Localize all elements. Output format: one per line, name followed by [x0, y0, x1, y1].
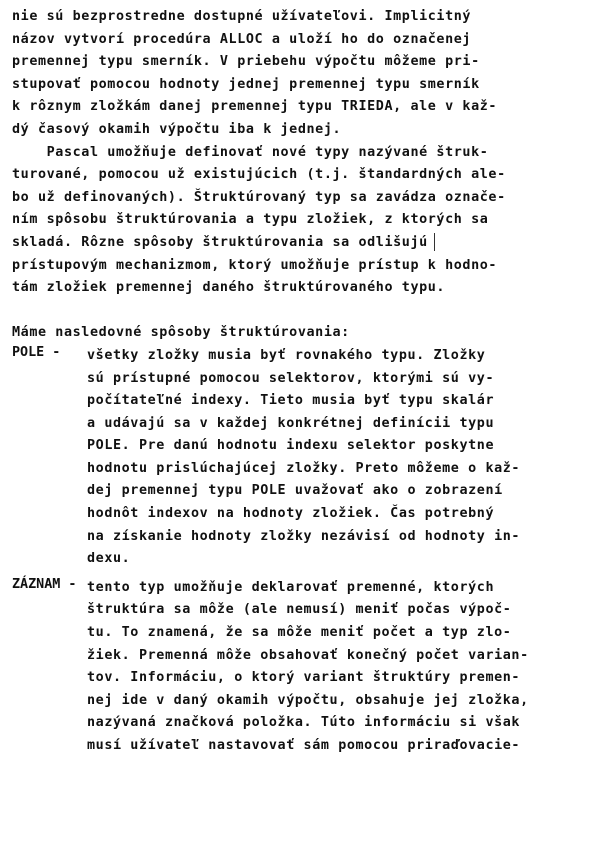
definition-zaznam: ZÁZNAM - tento typ umožňuje deklarovať p… [12, 577, 602, 758]
text-line: premennej typu smerník. V priebehu výpoč… [12, 51, 602, 74]
definition-body: všetky zložky musia byť rovnakého typu. … [87, 345, 602, 571]
text-line: názov vytvorí procedúra ALLOC a uloží ho… [12, 29, 602, 52]
text-line: turované, pomocou už existujúcich (t.j. … [12, 164, 602, 187]
text-span: skladá. Rôzne spôsoby štruktúrovania sa … [12, 235, 428, 250]
text-line: tám zložiek premennej daného štruktúrova… [12, 277, 602, 300]
text-line: tu. To znamená, že sa môže meniť počet a… [87, 622, 602, 645]
text-line: hodnotu prislúchajúcej zložky. Preto môž… [87, 458, 602, 481]
text-line: musí užívateľ nastavovať sám pomocou pri… [87, 735, 602, 758]
text-line: dexu. [87, 548, 602, 571]
text-line: nie sú bezprostredne dostupné užívateľov… [12, 6, 602, 29]
definition-pole: POLE - všetky zložky musia byť rovnakého… [12, 345, 602, 571]
text-line: bo už definovaných). Štruktúrovaný typ s… [12, 187, 602, 210]
text-line: nazývaná značková položka. Túto informác… [87, 712, 602, 735]
text-line: a udávajú sa v každej konkrétnej definíc… [87, 413, 602, 436]
definition-body: tento typ umožňuje deklarovať premenné, … [87, 577, 602, 758]
text-line: k rôznym zložkám danej premennej typu TR… [12, 96, 602, 119]
text-line: nej ide v daný okamih výpočtu, obsahuje … [87, 690, 602, 713]
list-heading: Máme nasledovné spôsoby štruktúrovania: [12, 322, 602, 345]
text-line: Pascal umožňuje definovať nové typy nazý… [12, 142, 602, 165]
text-line: dý časový okamih výpočtu iba k jednej. [12, 119, 602, 142]
paragraph-2: Pascal umožňuje definovať nové typy nazý… [12, 142, 602, 300]
blank-line [12, 300, 602, 323]
text-line: všetky zložky musia byť rovnakého typu. … [87, 345, 602, 368]
definition-term: ZÁZNAM - [12, 577, 87, 758]
definition-term: POLE - [12, 345, 87, 571]
text-line: sú prístupné pomocou selektorov, ktorými… [87, 368, 602, 391]
text-line: dej premennej typu POLE uvažovať ako o z… [87, 480, 602, 503]
text-line: hodnôt indexov na hodnoty zložiek. Čas p… [87, 503, 602, 526]
paragraph-1: nie sú bezprostredne dostupné užívateľov… [12, 6, 602, 142]
text-line: štruktúra sa môže (ale nemusí) meniť poč… [87, 599, 602, 622]
text-line: na získanie hodnoty zložky nezávisí od h… [87, 526, 602, 549]
text-line: prístupovým mechanizmom, ktorý umožňuje … [12, 255, 602, 278]
text-line: tov. Informáciu, o ktorý variant štruktú… [87, 667, 602, 690]
text-line: POLE. Pre danú hodnotu indexu selektor p… [87, 435, 602, 458]
text-line: tento typ umožňuje deklarovať premenné, … [87, 577, 602, 600]
text-line: skladá. Rôzne spôsoby štruktúrovania sa … [12, 232, 602, 255]
text-line: počítateľné indexy. Tieto musia byť typu… [87, 390, 602, 413]
margin-mark [434, 233, 435, 251]
document-page: nie sú bezprostredne dostupné užívateľov… [12, 6, 602, 758]
text-line: stupovať pomocou hodnoty jednej premenne… [12, 74, 602, 97]
text-line: ním spôsobu štruktúrovania a typu zložie… [12, 209, 602, 232]
text-line: žiek. Premenná môže obsahovať konečný po… [87, 645, 602, 668]
